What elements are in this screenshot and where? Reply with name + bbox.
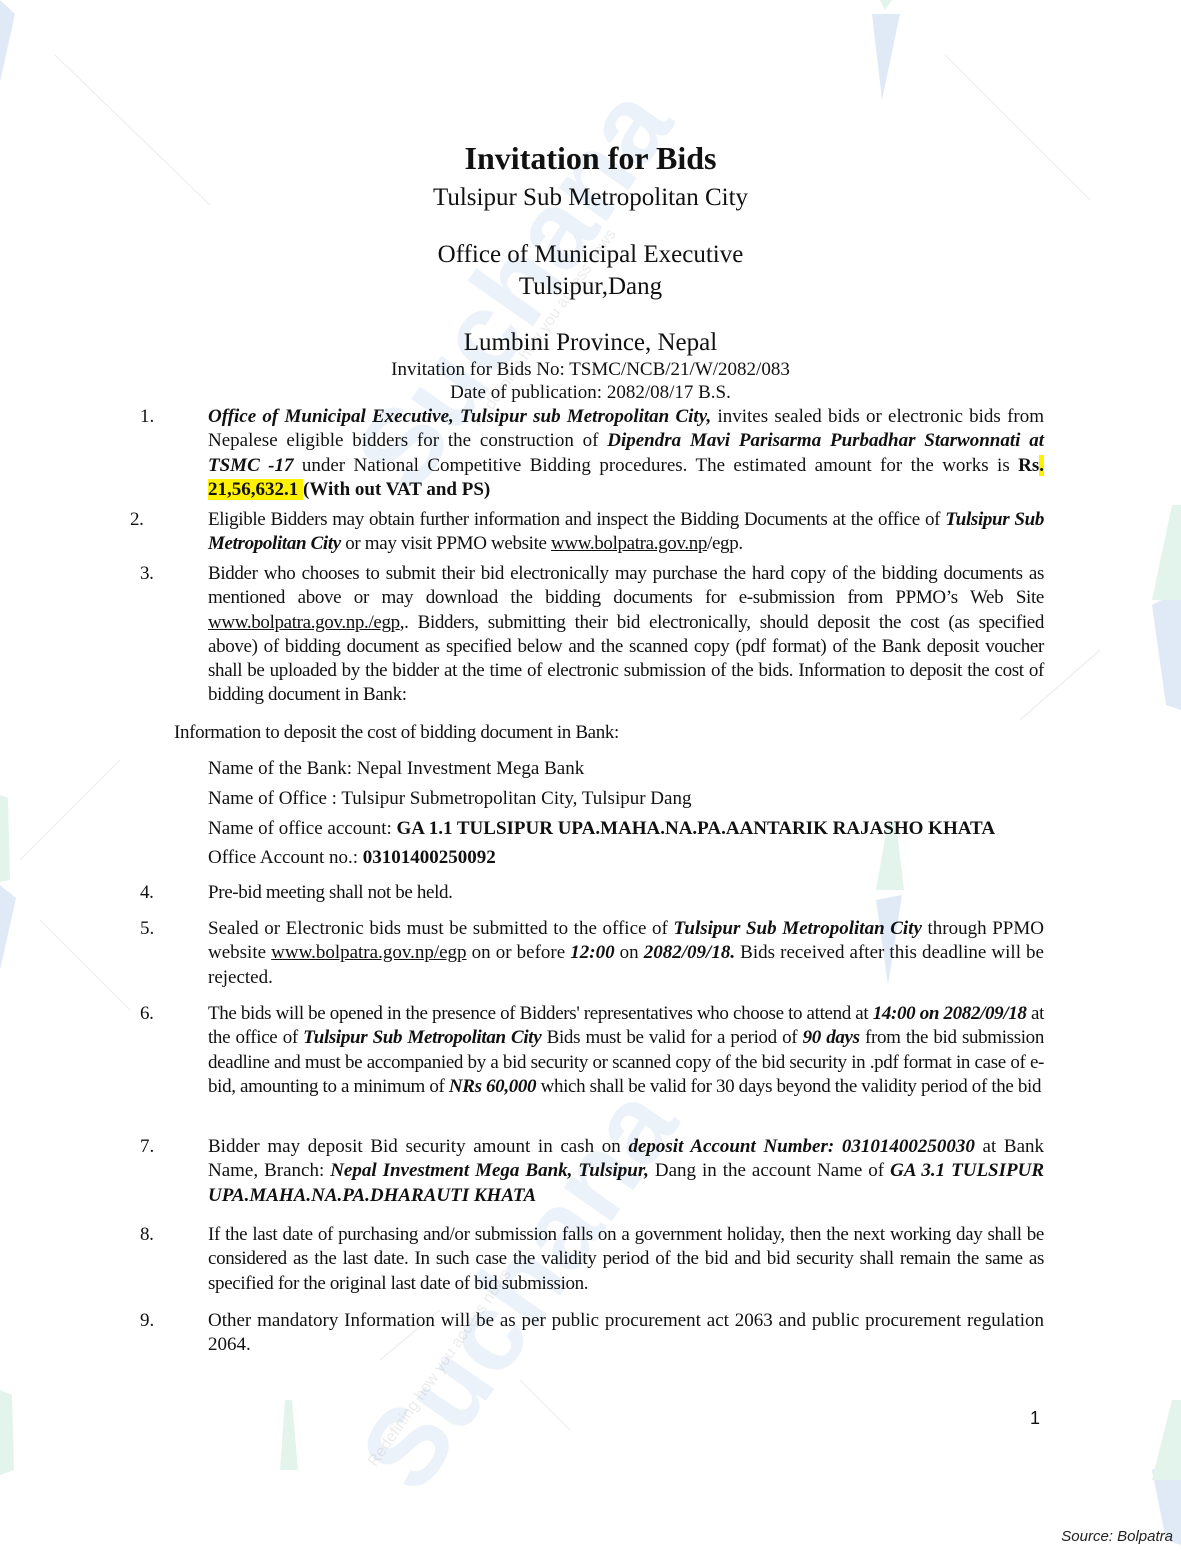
item-text: Bidder may deposit Bid security amount i… (208, 1135, 1044, 1208)
item-text: Pre-bid meeting shall not be held. (208, 881, 1044, 905)
submission-date: 2082/09/18. (644, 942, 735, 963)
item-text: Bidder who chooses to submit their bid e… (208, 562, 1044, 708)
amount-note: (With out VAT and PS) (303, 479, 490, 500)
text-segment: /egp. (707, 533, 743, 554)
deposit-account-number: deposit Account Number: 03101400250030 (628, 1136, 974, 1157)
office-name: Office of Municipal Executive (0, 241, 1181, 269)
opening-datetime: 14:00 on 2082/09/18 (873, 1003, 1027, 1024)
account-no-label: Office Account no.: (208, 847, 363, 868)
document-title: Invitation for Bids (0, 140, 1181, 177)
submission-time: 12:00 (570, 942, 614, 963)
item-number: 9. (140, 1309, 170, 1333)
bid-number: Invitation for Bids No: TSMC/NCB/21/W/20… (0, 359, 1181, 381)
item-number: 5. (140, 917, 170, 941)
item-number: 6. (140, 1002, 170, 1026)
item-text: Office of Municipal Executive, Tulsipur … (208, 405, 1044, 502)
text-segment: Bidder may deposit Bid security amount i… (208, 1136, 628, 1157)
item-text: If the last date of purchasing and/or su… (208, 1223, 1044, 1296)
office-location: Tulsipur,Dang (0, 273, 1181, 301)
text-segment: or may visit PPMO website (341, 533, 551, 554)
province-name: Lumbini Province, Nepal (0, 329, 1181, 357)
issuer-text: Office of Municipal Executive, Tulsipur … (208, 406, 711, 427)
item-number: 2. (130, 508, 160, 532)
bank-name-label: Name of the Bank: (208, 758, 357, 779)
item-text: Other mandatory Information will be as p… (208, 1309, 1044, 1358)
validity-period: 90 days (803, 1027, 860, 1048)
text-segment: on (615, 942, 644, 963)
text-segment: which shall be valid for 30 days beyond … (536, 1076, 1041, 1097)
bank-info-heading: Information to deposit the cost of biddi… (174, 722, 619, 744)
text-segment: under National Competitive Bidding proce… (293, 455, 1018, 476)
item-number: 7. (140, 1135, 170, 1159)
text-segment: Bidder who chooses to submit their bid e… (208, 563, 1044, 608)
text-segment: on or before (467, 942, 571, 963)
item-number: 3. (140, 562, 170, 586)
office-label: Name of Office : (208, 788, 341, 809)
bolpatra-link[interactable]: www.bolpatra.gov.np (551, 533, 707, 554)
bank-name-row: Name of the Bank: Nepal Investment Mega … (208, 758, 584, 780)
bank-branch: Nepal Investment Mega Bank, Tulsipur, (330, 1160, 649, 1181)
office-row: Name of Office : Tulsipur Submetropolita… (208, 788, 691, 810)
account-no-value: 03101400250092 (363, 847, 496, 868)
text-segment: Bids must be valid for a period of (541, 1027, 802, 1048)
office-value: Tulsipur Submetropolitan City, Tulsipur … (341, 788, 691, 809)
publication-date: Date of publication: 2082/08/17 B.S. (0, 382, 1181, 404)
item-text: The bids will be opened in the presence … (208, 1002, 1044, 1099)
account-name-row: Name of office account: GA 1.1 TULSIPUR … (208, 818, 995, 840)
currency-label: Rs (1018, 455, 1039, 476)
account-no-row: Office Account no.: 03101400250092 (208, 847, 496, 869)
bank-name-value: Nepal Investment Mega Bank (357, 758, 584, 779)
text-segment: The bids will be opened in the presence … (208, 1003, 873, 1024)
office-name-emphasis: Tulsipur Sub Metropolitan City (674, 918, 922, 939)
text-segment: Sealed or Electronic bids must be submit… (208, 918, 674, 939)
text-segment: Dang in the account Name of (649, 1160, 890, 1181)
bid-security-amount: NRs 60,000 (449, 1076, 536, 1097)
bolpatra-egp-link[interactable]: www.bolpatra.gov.np./egp (208, 612, 400, 633)
watermark-tagline-lower: Redefining how you access news (365, 1266, 515, 1470)
page-number: 1 (1030, 1408, 1040, 1429)
item-number: 1. (140, 405, 170, 429)
item-text: Eligible Bidders may obtain further info… (208, 508, 1044, 557)
organization-name: Tulsipur Sub Metropolitan City (0, 184, 1181, 212)
item-text: Sealed or Electronic bids must be submit… (208, 917, 1044, 990)
office-name-emphasis: Tulsipur Sub Metropolitan City (303, 1027, 541, 1048)
item-number: 4. (140, 881, 170, 905)
text-segment: Eligible Bidders may obtain further info… (208, 509, 945, 530)
account-name-label: Name of office account: (208, 818, 397, 839)
account-name-value: GA 1.1 TULSIPUR UPA.MAHA.NA.PA.AANTARIK … (397, 818, 996, 839)
bolpatra-egp-link[interactable]: www.bolpatra.gov.np/egp (271, 942, 466, 963)
source-credit: Source: Bolpatra (1061, 1528, 1173, 1545)
item-number: 8. (140, 1223, 170, 1247)
